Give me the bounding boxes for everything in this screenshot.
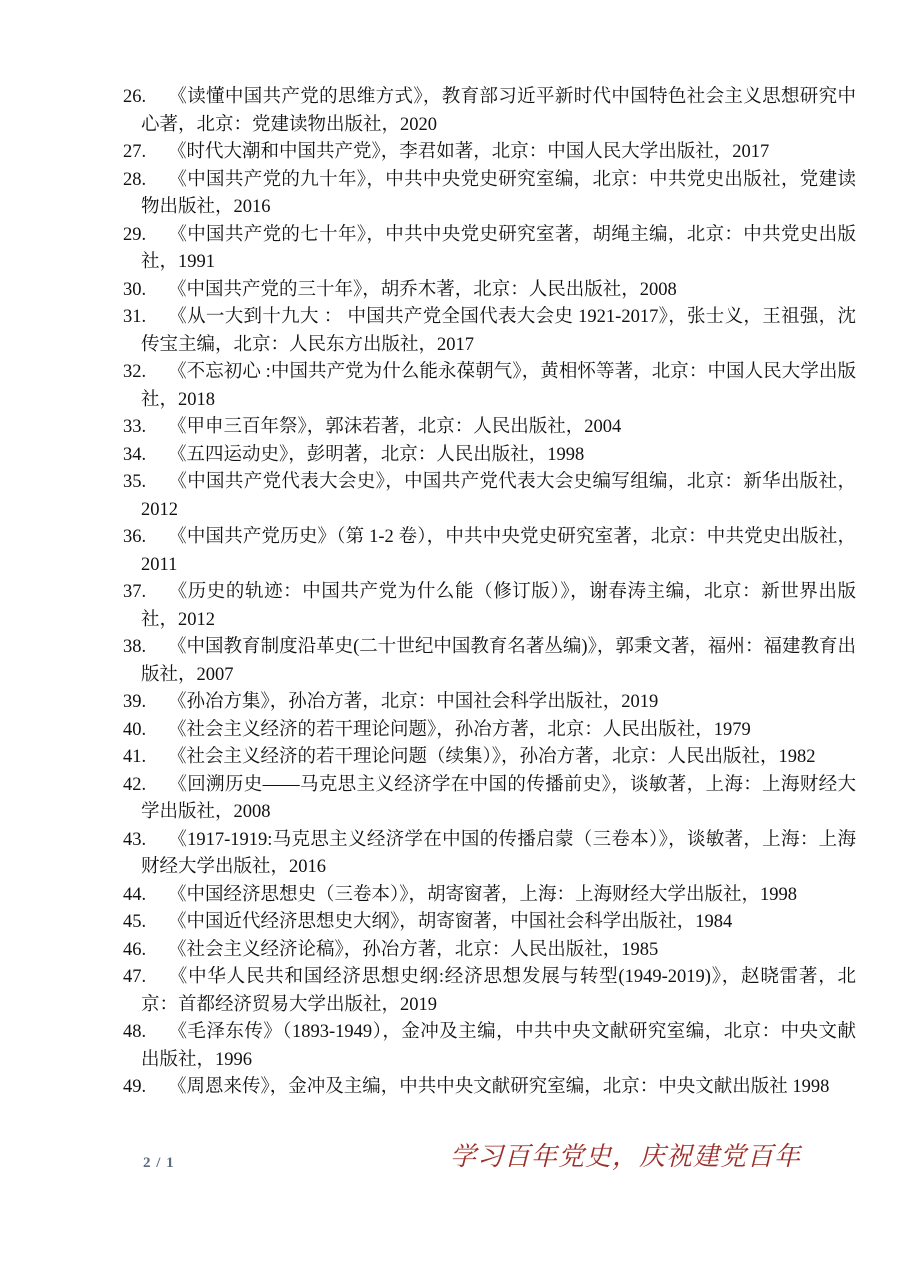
bibliography-entry: 41.《社会主义经济的若干理论问题（续集）》，孙冶方著，北京：人民出版社，198… bbox=[123, 744, 856, 772]
entry-number: 40. bbox=[123, 717, 168, 745]
bibliography-entry: 42.《回溯历史——马克思主义经济学在中国的传播前史》，谈敏著，上海：上海财经大… bbox=[123, 772, 856, 827]
entry-text: 《从一大到十九大 ： 中国共产党全国代表大会史 1921-2017》，张士义，王… bbox=[141, 307, 856, 355]
entry-number: 48. bbox=[123, 1019, 168, 1047]
entry-number: 28. bbox=[123, 167, 168, 195]
entry-number: 35. bbox=[123, 469, 168, 497]
bibliography-entry: 28.《中国共产党的九十年》，中共中央党史研究室编，北京：中共党史出版社，党建读… bbox=[123, 167, 856, 222]
bibliography-entry: 44.《中国经济思想史（三卷本）》，胡寄窗著，上海：上海财经大学出版社，1998 bbox=[123, 882, 856, 910]
entry-number: 49. bbox=[123, 1074, 168, 1102]
entry-text: 《中国共产党的七十年》，中共中央党史研究室著，胡绳主编，北京：中共党史出版社，1… bbox=[141, 225, 856, 273]
entry-number: 44. bbox=[123, 882, 168, 910]
entry-text: 《中国共产党代表大会史》，中国共产党代表大会史编写组编，北京：新华出版社，201… bbox=[141, 472, 856, 520]
entry-number: 46. bbox=[123, 937, 168, 965]
entry-number: 32. bbox=[123, 359, 168, 387]
bibliography-entry: 47.《中华人民共和国经济思想史纲:经济思想发展与转型(1949-2019)》，… bbox=[123, 964, 856, 1019]
bibliography-entry: 27.《时代大潮和中国共产党》，李君如著，北京：中国人民大学出版社，2017 bbox=[123, 139, 856, 167]
entry-number: 31. bbox=[123, 304, 168, 332]
bibliography-entry: 33.《甲申三百年祭》，郭沫若著，北京：人民出版社，2004 bbox=[123, 414, 856, 442]
entry-text: 《回溯历史——马克思主义经济学在中国的传播前史》，谈敏著，上海：上海财经大学出版… bbox=[141, 775, 856, 823]
page-number: 2 / 1 bbox=[143, 1155, 175, 1172]
bibliography-entry: 31.《从一大到十九大 ： 中国共产党全国代表大会史 1921-2017》，张士… bbox=[123, 304, 856, 359]
bibliography-entry: 30.《中国共产党的三十年》，胡乔木著，北京：人民出版社，2008 bbox=[123, 277, 856, 305]
entry-number: 33. bbox=[123, 414, 168, 442]
entry-number: 30. bbox=[123, 277, 168, 305]
entry-text: 《中国共产党的九十年》，中共中央党史研究室编，北京：中共党史出版社，党建读物出版… bbox=[141, 170, 856, 218]
bibliography-entry: 48.《毛泽东传》（1893-1949），金冲及主编，中共中央文献研究室编，北京… bbox=[123, 1019, 856, 1074]
bibliography-entry: 46.《社会主义经济论稿》，孙冶方著，北京：人民出版社，1985 bbox=[123, 937, 856, 965]
entry-text: 《中国经济思想史（三卷本）》，胡寄窗著，上海：上海财经大学出版社，1998 bbox=[168, 885, 797, 905]
entry-text: 《时代大潮和中国共产党》，李君如著，北京：中国人民大学出版社，2017 bbox=[168, 142, 769, 162]
entry-number: 38. bbox=[123, 634, 168, 662]
entry-text: 《中国教育制度沿革史(二十世纪中国教育名著丛编)》，郭秉文著，福州：福建教育出版… bbox=[141, 637, 856, 685]
document-page: 26.《读懂中国共产党的思维方式》，教育部习近平新时代中国特色社会主义思想研究中… bbox=[0, 0, 897, 1265]
entry-number: 36. bbox=[123, 524, 168, 552]
entry-text: 《周恩来传》，金冲及主编，中共中央文献研究室编，北京：中央文献出版社 1998 bbox=[168, 1077, 829, 1097]
bibliography-entry: 34.《五四运动史》，彭明著，北京：人民出版社，1998 bbox=[123, 442, 856, 470]
entry-text: 《读懂中国共产党的思维方式》，教育部习近平新时代中国特色社会主义思想研究中心著，… bbox=[141, 87, 856, 135]
bibliography-entry: 29.《中国共产党的七十年》，中共中央党史研究室著，胡绳主编，北京：中共党史出版… bbox=[123, 222, 856, 277]
bibliography-entry: 35.《中国共产党代表大会史》，中国共产党代表大会史编写组编，北京：新华出版社，… bbox=[123, 469, 856, 524]
entry-text: 《社会主义经济的若干理论问题》，孙冶方著，北京：人民出版社，1979 bbox=[168, 720, 751, 740]
bibliography-entry: 40.《社会主义经济的若干理论问题》，孙冶方著，北京：人民出版社，1979 bbox=[123, 717, 856, 745]
bibliography-entry: 39.《孙冶方集》，孙冶方著，北京：中国社会科学出版社，2019 bbox=[123, 689, 856, 717]
entry-text: 《不忘初心 :中国共产党为什么能永葆朝气》，黄相怀等著，北京：中国人民大学出版社… bbox=[141, 362, 856, 410]
entry-text: 《毛泽东传》（1893-1949），金冲及主编，中共中央文献研究室编，北京：中央… bbox=[141, 1022, 856, 1070]
entry-number: 26. bbox=[123, 84, 168, 112]
entry-text: 《中国共产党历史》（第 1-2 卷），中共中央党史研究室著，北京：中共党史出版社… bbox=[141, 527, 856, 575]
entry-number: 29. bbox=[123, 222, 168, 250]
bibliography-entry: 32.《不忘初心 :中国共产党为什么能永葆朝气》，黄相怀等著，北京：中国人民大学… bbox=[123, 359, 856, 414]
entry-text: 《社会主义经济论稿》，孙冶方著，北京：人民出版社，1985 bbox=[168, 940, 658, 960]
bibliography-entry: 43.《1917-1919:马克思主义经济学在中国的传播启蒙（三卷本）》，谈敏著… bbox=[123, 827, 856, 882]
footer-slogan: 学习百年党史，庆祝建党百年 bbox=[450, 1136, 780, 1173]
entry-number: 37. bbox=[123, 579, 168, 607]
bibliography-entry: 26.《读懂中国共产党的思维方式》，教育部习近平新时代中国特色社会主义思想研究中… bbox=[123, 84, 856, 139]
entry-text: 《中国近代经济思想史大纲》，胡寄窗著，中国社会科学出版社，1984 bbox=[168, 912, 732, 932]
bibliography-list: 26.《读懂中国共产党的思维方式》，教育部习近平新时代中国特色社会主义思想研究中… bbox=[123, 84, 856, 1102]
entry-text: 《社会主义经济的若干理论问题（续集）》，孙冶方著，北京：人民出版社，1982 bbox=[168, 747, 816, 767]
entry-number: 45. bbox=[123, 909, 168, 937]
entry-text: 《1917-1919:马克思主义经济学在中国的传播启蒙（三卷本）》，谈敏著，上海… bbox=[141, 830, 856, 878]
entry-number: 43. bbox=[123, 827, 168, 855]
entry-text: 《甲申三百年祭》，郭沫若著，北京：人民出版社，2004 bbox=[168, 417, 621, 437]
entry-number: 39. bbox=[123, 689, 168, 717]
entry-text: 《历史的轨迹：中国共产党为什么能（修订版）》，谢春涛主编，北京：新世界出版社，2… bbox=[141, 582, 856, 630]
entry-number: 41. bbox=[123, 744, 168, 772]
entry-text: 《孙冶方集》，孙冶方著，北京：中国社会科学出版社，2019 bbox=[168, 692, 658, 712]
bibliography-entry: 45.《中国近代经济思想史大纲》，胡寄窗著，中国社会科学出版社，1984 bbox=[123, 909, 856, 937]
entry-number: 27. bbox=[123, 139, 168, 167]
entry-text: 《中国共产党的三十年》，胡乔木著，北京：人民出版社，2008 bbox=[168, 280, 677, 300]
bibliography-entry: 38.《中国教育制度沿革史(二十世纪中国教育名著丛编)》，郭秉文著，福州：福建教… bbox=[123, 634, 856, 689]
entry-number: 42. bbox=[123, 772, 168, 800]
bibliography-entry: 37.《历史的轨迹：中国共产党为什么能（修订版）》，谢春涛主编，北京：新世界出版… bbox=[123, 579, 856, 634]
entry-number: 34. bbox=[123, 442, 168, 470]
entry-number: 47. bbox=[123, 964, 168, 992]
entry-text: 《中华人民共和国经济思想史纲:经济思想发展与转型(1949-2019)》，赵晓雷… bbox=[141, 967, 856, 1015]
bibliography-entry: 36.《中国共产党历史》（第 1-2 卷），中共中央党史研究室著，北京：中共党史… bbox=[123, 524, 856, 579]
bibliography-entry: 49.《周恩来传》，金冲及主编，中共中央文献研究室编，北京：中央文献出版社 19… bbox=[123, 1074, 856, 1102]
entry-text: 《五四运动史》，彭明著，北京：人民出版社，1998 bbox=[168, 445, 584, 465]
